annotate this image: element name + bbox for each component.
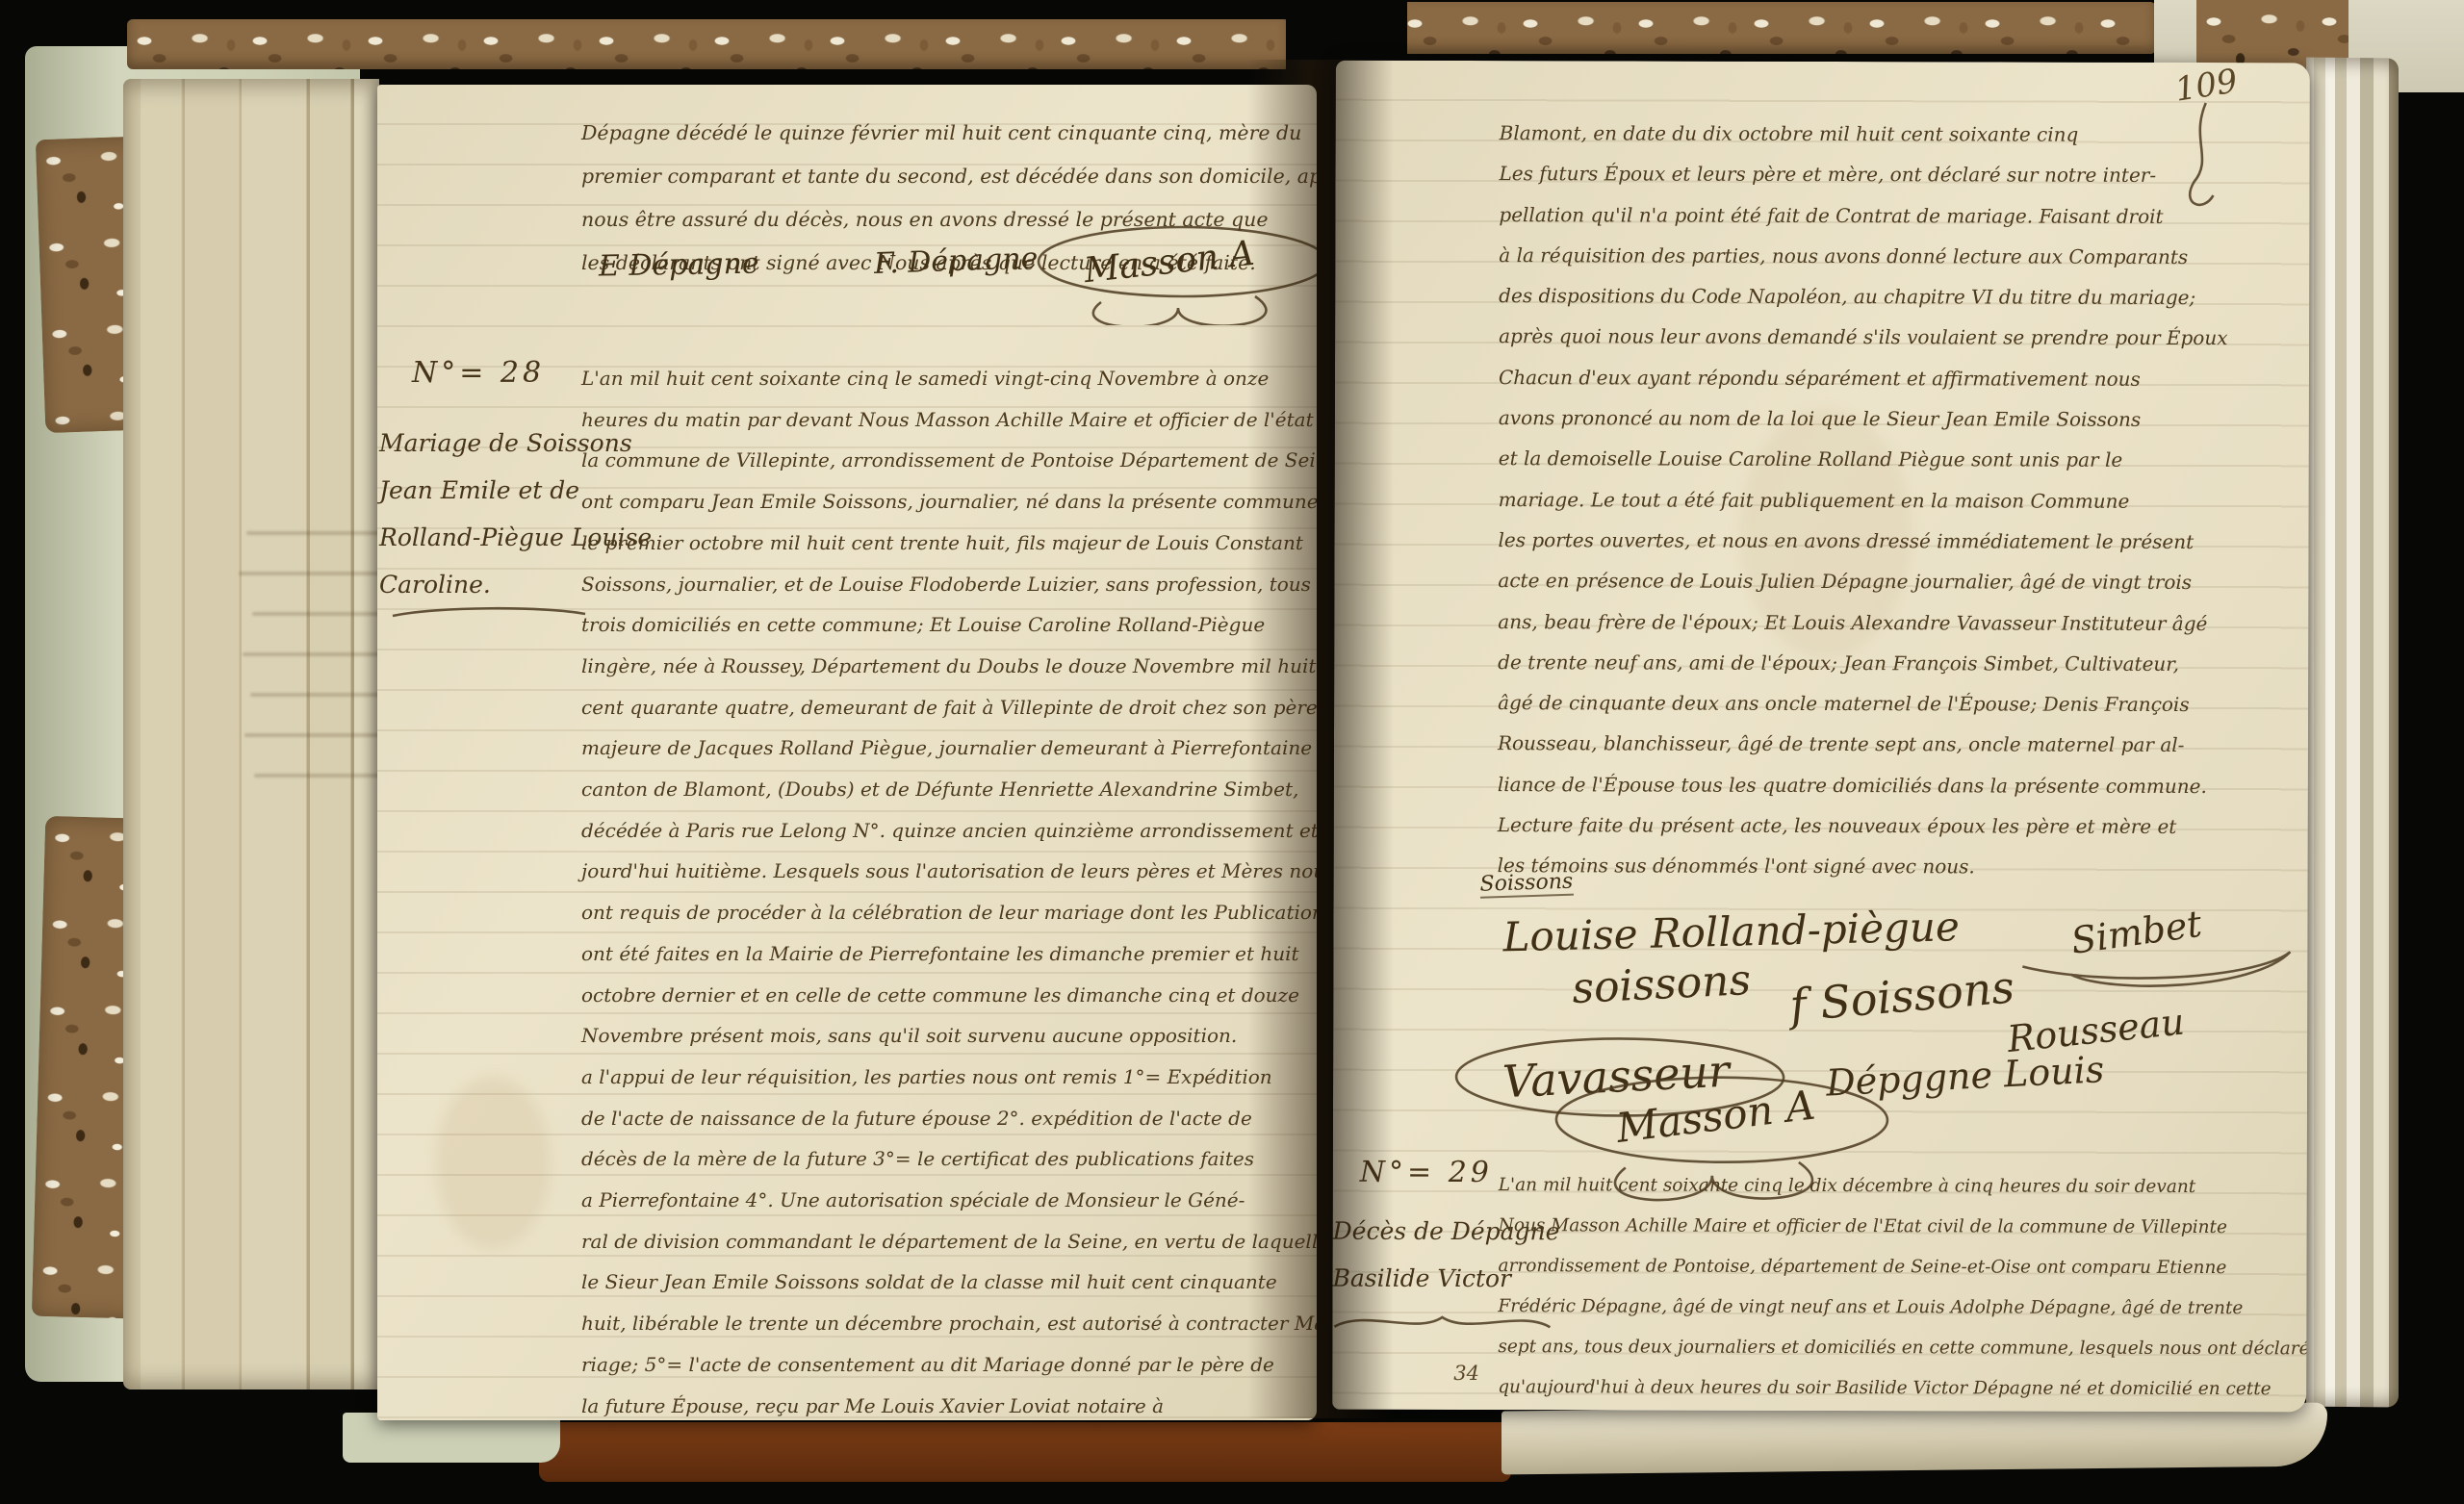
text-line: Blamont, en date du dix octobre mil huit… — [1500, 113, 2285, 155]
text-line: Frédéric Dépagne, âgé de vingt neuf ans … — [1498, 1287, 2291, 1329]
text-line: trois domiciliés en cette commune; Et Lo… — [581, 604, 1315, 646]
signature-louise-rolland-piegue: Louise Rolland-piègue — [1502, 903, 1960, 960]
text-line: ont comparu Jean Emile Soissons, journal… — [581, 481, 1315, 523]
text-line: la commune de Villepinte, arrondissement… — [581, 440, 1315, 481]
text-line: Dépagne décédé le quinze février mil hui… — [581, 112, 1313, 155]
marbled-endpaper-top-right-strip — [1398, 2, 2156, 54]
signature-e-depagne: E Dépagne — [599, 247, 759, 284]
text-line: L'an mil huit cent soixante cinq le dix … — [1499, 1165, 2292, 1208]
text-line: sept ans, tous deux journaliers et domic… — [1498, 1327, 2291, 1369]
previous-pages-edge-stack — [123, 79, 379, 1389]
marbled-endpaper-top-strip — [127, 19, 1290, 69]
leather-spine-bottom — [539, 1422, 1511, 1482]
text-line: âgé de cinquante deux ans oncle maternel… — [1498, 682, 2283, 725]
text-line: de l'acte de naissance de la future épou… — [581, 1098, 1315, 1139]
text-line: de trente neuf ans, ami de l'époux; Jean… — [1498, 642, 2283, 684]
text-line: ans, beau frère de l'époux; Et Louis Ale… — [1498, 601, 2283, 644]
right-page: 109 Blamont, en date du dix octobre mil … — [1332, 61, 2310, 1413]
showthrough-ghost-text — [254, 774, 387, 777]
act-28-body: L'an mil huit cent soixante cinq le same… — [581, 358, 1315, 1420]
text-line: Mariage de Soissons — [379, 420, 583, 467]
text-line: majeure de Jacques Rolland Piègue, journ… — [581, 727, 1315, 769]
text-line: jourd'hui huitième. Lesquels sous l'auto… — [581, 851, 1315, 892]
showthrough-ghost-text — [246, 531, 391, 535]
text-line: la future Épouse, reçu par Me Louis Xavi… — [581, 1386, 1315, 1420]
showthrough-ghost-text — [239, 572, 393, 575]
margin-underline-flourish — [391, 604, 588, 622]
text-line: Caroline. — [379, 561, 583, 608]
archive-photo-register-spread: Dépagne décédé le quinze février mil hui… — [0, 0, 2464, 1504]
showthrough-ghost-text — [250, 693, 391, 697]
signature-soissons-groom: soissons — [1571, 956, 1752, 1013]
signature-soissons-small: Soissons — [1479, 870, 1573, 899]
text-line: les portes ouvertes, et nous en avons dr… — [1498, 520, 2283, 562]
text-line: mariage. Le tout a été fait publiquement… — [1499, 479, 2284, 522]
text-line: cent quarante quatre, demeurant de fait … — [581, 687, 1315, 728]
text-line: décédée à Paris rue Lelong N°. quinze an… — [581, 810, 1315, 852]
signature-masson-left: Masson A — [1024, 219, 1317, 325]
text-line: heures du matin par devant Nous Masson A… — [581, 399, 1315, 441]
text-line: pellation qu'il n'a point été fait de Co… — [1499, 194, 2284, 237]
sheet-number: 34 — [1453, 1362, 1479, 1385]
signature-simbet: Simbet — [2013, 905, 2301, 993]
text-line: le premier octobre mil huit cent trente … — [581, 523, 1315, 564]
text-line: a Pierrefontaine 4°. Une autorisation sp… — [581, 1180, 1315, 1221]
text-line: avons prononcé au nom de la loi que le S… — [1499, 397, 2284, 440]
text-line: Soissons, journalier, et de Louise Flodo… — [581, 564, 1315, 605]
text-line: à la réquisition des parties, nous avons… — [1499, 235, 2284, 277]
showthrough-ghost-text — [252, 612, 387, 616]
following-pages-fore-edge — [2306, 58, 2399, 1408]
text-line: Rousseau, blanchisseur, âgé de trente se… — [1498, 724, 2283, 766]
text-line: Jean Emile et de — [379, 467, 583, 514]
signature-f-soissons: f Soissons — [1787, 960, 2015, 1032]
text-line: octobre dernier et en celle de cette com… — [581, 975, 1315, 1016]
act-28-margin-note: Mariage de SoissonsJean Emile et deRolla… — [379, 420, 583, 608]
text-line: et la demoiselle Louise Caroline Rolland… — [1499, 438, 2284, 480]
act-28-continuation-body: Blamont, en date du dix octobre mil huit… — [1498, 113, 2285, 888]
text-line: acte en présence de Louis Julien Dépagne… — [1498, 560, 2283, 602]
showthrough-ghost-text — [243, 652, 392, 656]
text-line: décès de la mère de la future 3°= le cer… — [581, 1138, 1315, 1180]
page-block-bottom-edge — [1501, 1403, 2327, 1475]
text-line: ont requis de procéder à la célébration … — [581, 892, 1315, 933]
act-29-number: N°= 29 — [1360, 1156, 1493, 1189]
text-line: Nous Masson Achille Maire et officier de… — [1499, 1206, 2292, 1248]
left-page: Dépagne décédé le quinze février mil hui… — [377, 85, 1317, 1420]
text-line: Chacun d'eux ayant répondu séparément et… — [1499, 357, 2284, 399]
text-line: premier comparant et tante du second, es… — [581, 155, 1313, 198]
text-line: qu'aujourd'hui à deux heures du soir Bas… — [1498, 1367, 2291, 1410]
text-line: L'an mil huit cent soixante cinq le same… — [581, 358, 1315, 399]
text-line: les témoins sus dénommés l'ont signé ave… — [1498, 845, 2283, 887]
text-line: a l'appui de leur réquisition, les parti… — [581, 1057, 1315, 1098]
text-line: liance de l'Épouse tous les quatre domic… — [1498, 764, 2283, 806]
text-line: des dispositions du Code Napoléon, au ch… — [1499, 275, 2284, 318]
text-line: huit, libérable le trente un décembre pr… — [581, 1303, 1315, 1344]
text-line: ral de division commandant le départemen… — [581, 1221, 1315, 1262]
text-line: riage; 5°= l'acte de consentement au dit… — [581, 1344, 1315, 1386]
text-line: Rolland-Piègue Louise — [379, 514, 583, 561]
text-line: après quoi nous leur avons demandé s'ils… — [1499, 317, 2284, 359]
text-line: ont été faites en la Mairie de Pierrefon… — [581, 933, 1315, 975]
text-line: Lecture faite du présent acte, les nouve… — [1498, 804, 2283, 847]
act-28-number: N°= 28 — [412, 356, 545, 390]
text-line: Novembre présent mois, sans qu'il soit s… — [581, 1015, 1315, 1057]
signature-f-depagne: F. Dépagne — [873, 242, 1039, 281]
act-29-body: L'an mil huit cent soixante cinq le dix … — [1498, 1165, 2292, 1410]
paper-stain — [435, 1076, 551, 1249]
text-line: Les futurs Époux et leurs père et mère, … — [1499, 153, 2284, 195]
text-line: le Sieur Jean Emile Soissons soldat de l… — [581, 1262, 1315, 1303]
text-line: lingère, née à Roussey, Département du D… — [581, 646, 1315, 687]
text-line: canton de Blamont, (Doubs) et de Défunte… — [581, 769, 1315, 810]
text-line: arrondissement de Pontoise, département … — [1499, 1246, 2292, 1288]
showthrough-ghost-text — [244, 733, 397, 737]
